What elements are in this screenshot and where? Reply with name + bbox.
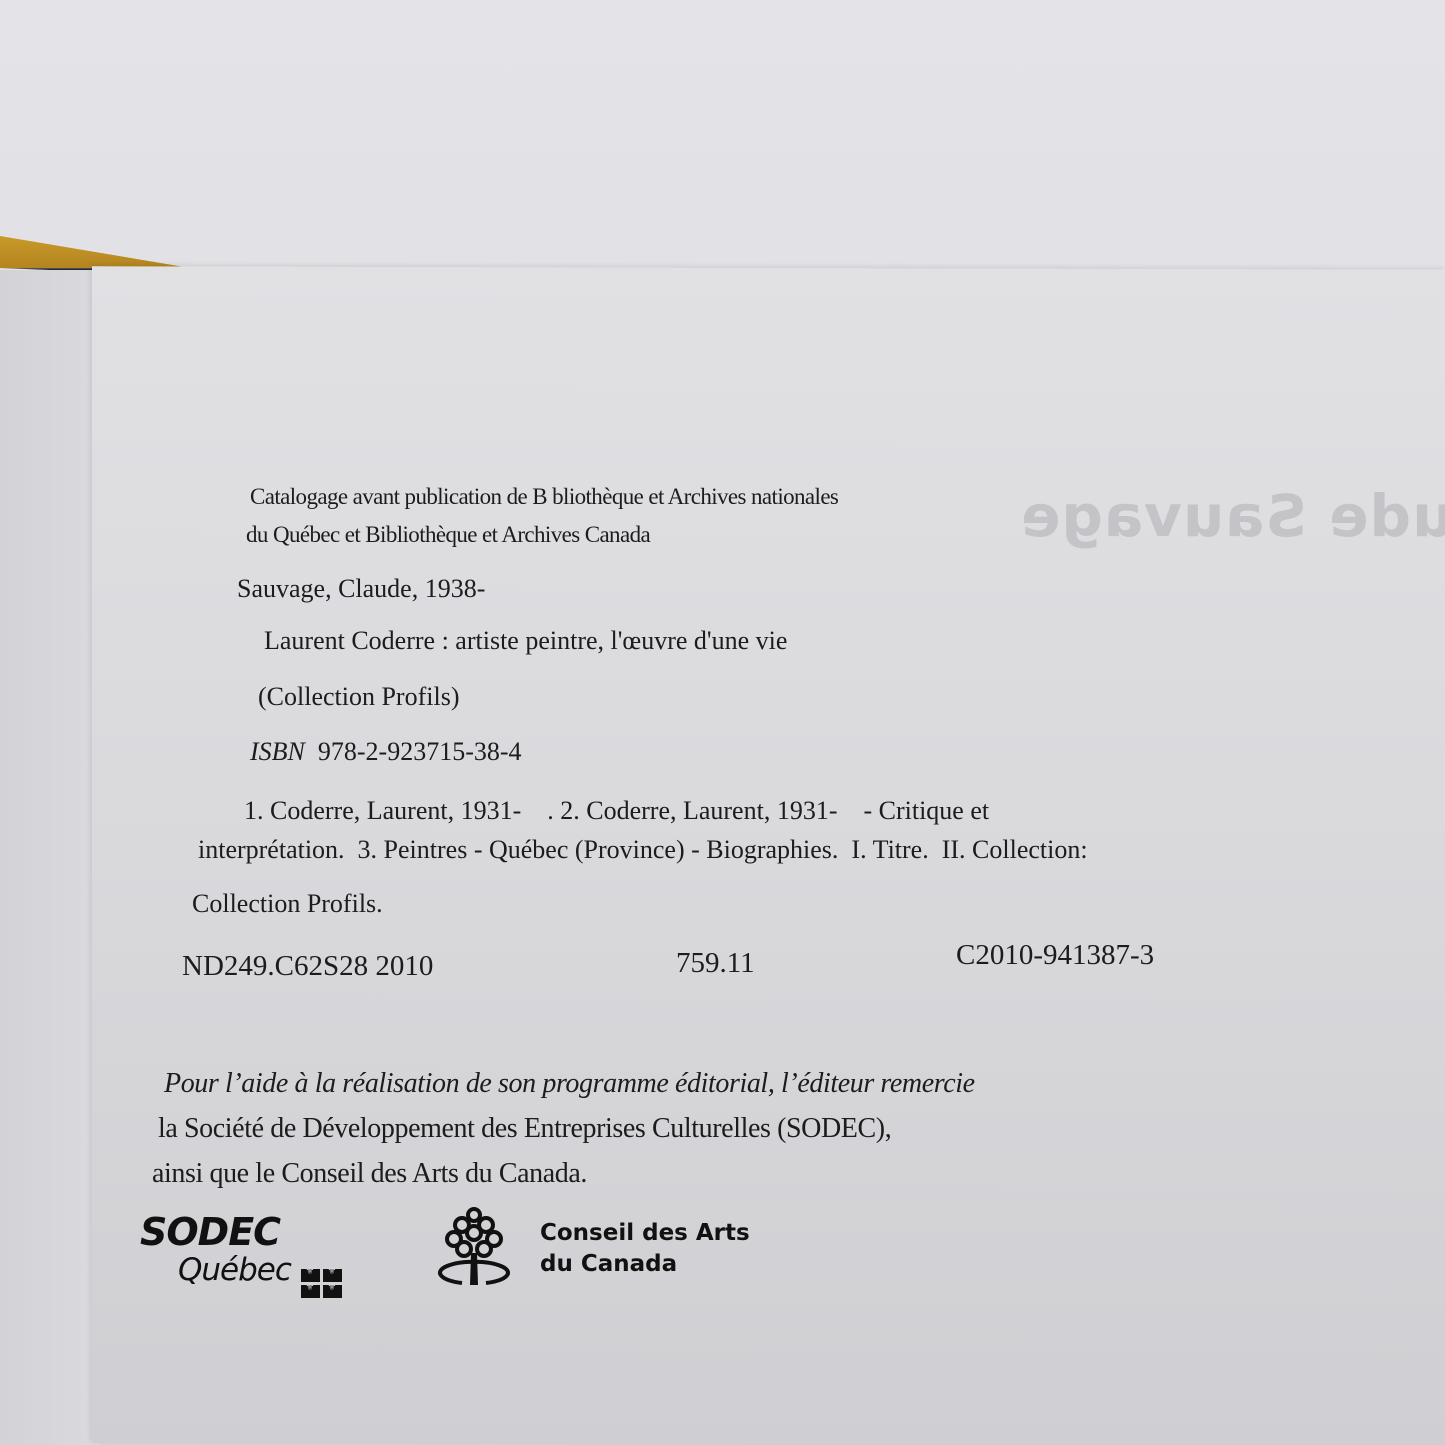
canada-council-text: Conseil des Arts du Canada [540, 1218, 750, 1280]
author-entry: Sauvage, Claude, 1938- [237, 574, 485, 604]
subjects-line-2: interprétation. 3. Peintres - Québec (Pr… [198, 835, 1088, 865]
canada-council-line-2: du Canada [540, 1249, 750, 1280]
subjects-line-3: Collection Profils. [192, 889, 383, 919]
acknowledgement-line-3: ainsi que le Conseil des Arts du Canada. [152, 1158, 587, 1190]
isbn-line: ISBN 978-2-923715-38-4 [250, 737, 522, 767]
book-inner-cover [0, 270, 100, 1445]
cip-header-line-1: Catalogage avant publication de B blioth… [250, 484, 838, 510]
background-curve [938, 0, 1445, 143]
tree-icon [432, 1205, 516, 1291]
series-name: (Collection Profils) [258, 682, 459, 712]
sodec-logo: SODEC Québec [140, 1212, 342, 1298]
subjects-line-1: 1. Coderre, Laurent, 1931- . 2. Coderre,… [244, 796, 989, 826]
cip-header-line-2: du Québec et Bibliothèque et Archives Ca… [246, 522, 650, 548]
sodec-wordmark: SODEC [140, 1212, 342, 1252]
sodec-quebec-text: Québec [178, 1252, 291, 1288]
lc-call-number: ND249.C62S28 2010 [182, 950, 433, 983]
canada-council-line-1: Conseil des Arts [540, 1218, 750, 1249]
isbn-number: 978-2-923715-38-4 [318, 737, 522, 766]
isbn-label: ISBN [250, 737, 305, 766]
book-title: Laurent Coderre : artiste peintre, l'œuv… [264, 626, 787, 656]
canadiana-number: C2010-941387-3 [956, 939, 1154, 972]
quebec-flag-icon [301, 1269, 342, 1298]
show-through-title: Claude Sauvage [1020, 482, 1445, 550]
acknowledgement-text-1: Pour l’aide à la réalisation de son prog… [164, 1068, 975, 1099]
acknowledgement-line-1: Pour l’aide à la réalisation de son prog… [164, 1068, 975, 1100]
acknowledgement-line-2: la Société de Développement des Entrepri… [158, 1113, 891, 1145]
canada-council-logo: Conseil des Arts du Canada [432, 1205, 516, 1295]
dewey-number: 759.11 [676, 947, 755, 980]
